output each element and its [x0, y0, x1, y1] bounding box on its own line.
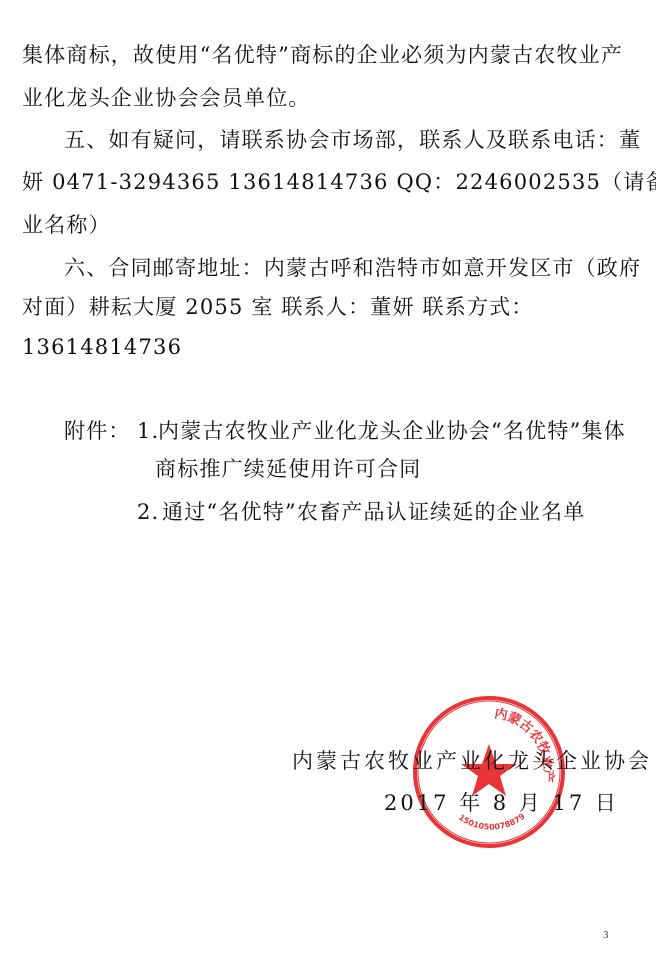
item-five-line: 五、如有疑问，请联系协会市场部，联系人及联系电话：董	[64, 127, 641, 153]
page-number: 3	[603, 929, 609, 941]
attachment-number: 1.	[137, 418, 159, 444]
document-page: 集体商标，故使用“名优特”商标的企业必须为内蒙古农牧业产 业化龙头企业协会会员单…	[0, 0, 656, 962]
item-six-phone-line: 13614814736	[22, 334, 182, 360]
item-five-contact-line: 妍 0471-3294365 13614814736 QQ：2246002535…	[22, 169, 656, 195]
attachment-item-title: 内蒙古农牧业产业化龙头企业协会“名优特”集体	[158, 418, 626, 444]
paragraph-line: 业化龙头企业协会会员单位。	[22, 85, 311, 111]
item-six-line: 六、合同邮寄地址：内蒙古呼和浩特市如意开发区市（政府	[64, 255, 641, 281]
attachments-label: 附件：	[64, 418, 131, 444]
attachment-item-title-cont: 商标推广续延使用许可合同	[155, 456, 421, 482]
attachment-number: 2.	[137, 499, 159, 525]
item-five-line: 业名称）	[22, 212, 111, 238]
attachment-item-title: 通过“名优特”农畜产品认证续延的企业名单	[162, 499, 585, 525]
item-six-address-line: 对面）耕耘大厦 2055 室 联系人：董妍 联系方式：	[22, 294, 534, 320]
paragraph-line: 集体商标，故使用“名优特”商标的企业必须为内蒙古农牧业产	[22, 42, 623, 68]
signature-date: 2017 年 8 月 17 日	[384, 790, 619, 816]
signature-organization: 内蒙古农牧业产业化龙头企业协会	[292, 748, 652, 774]
